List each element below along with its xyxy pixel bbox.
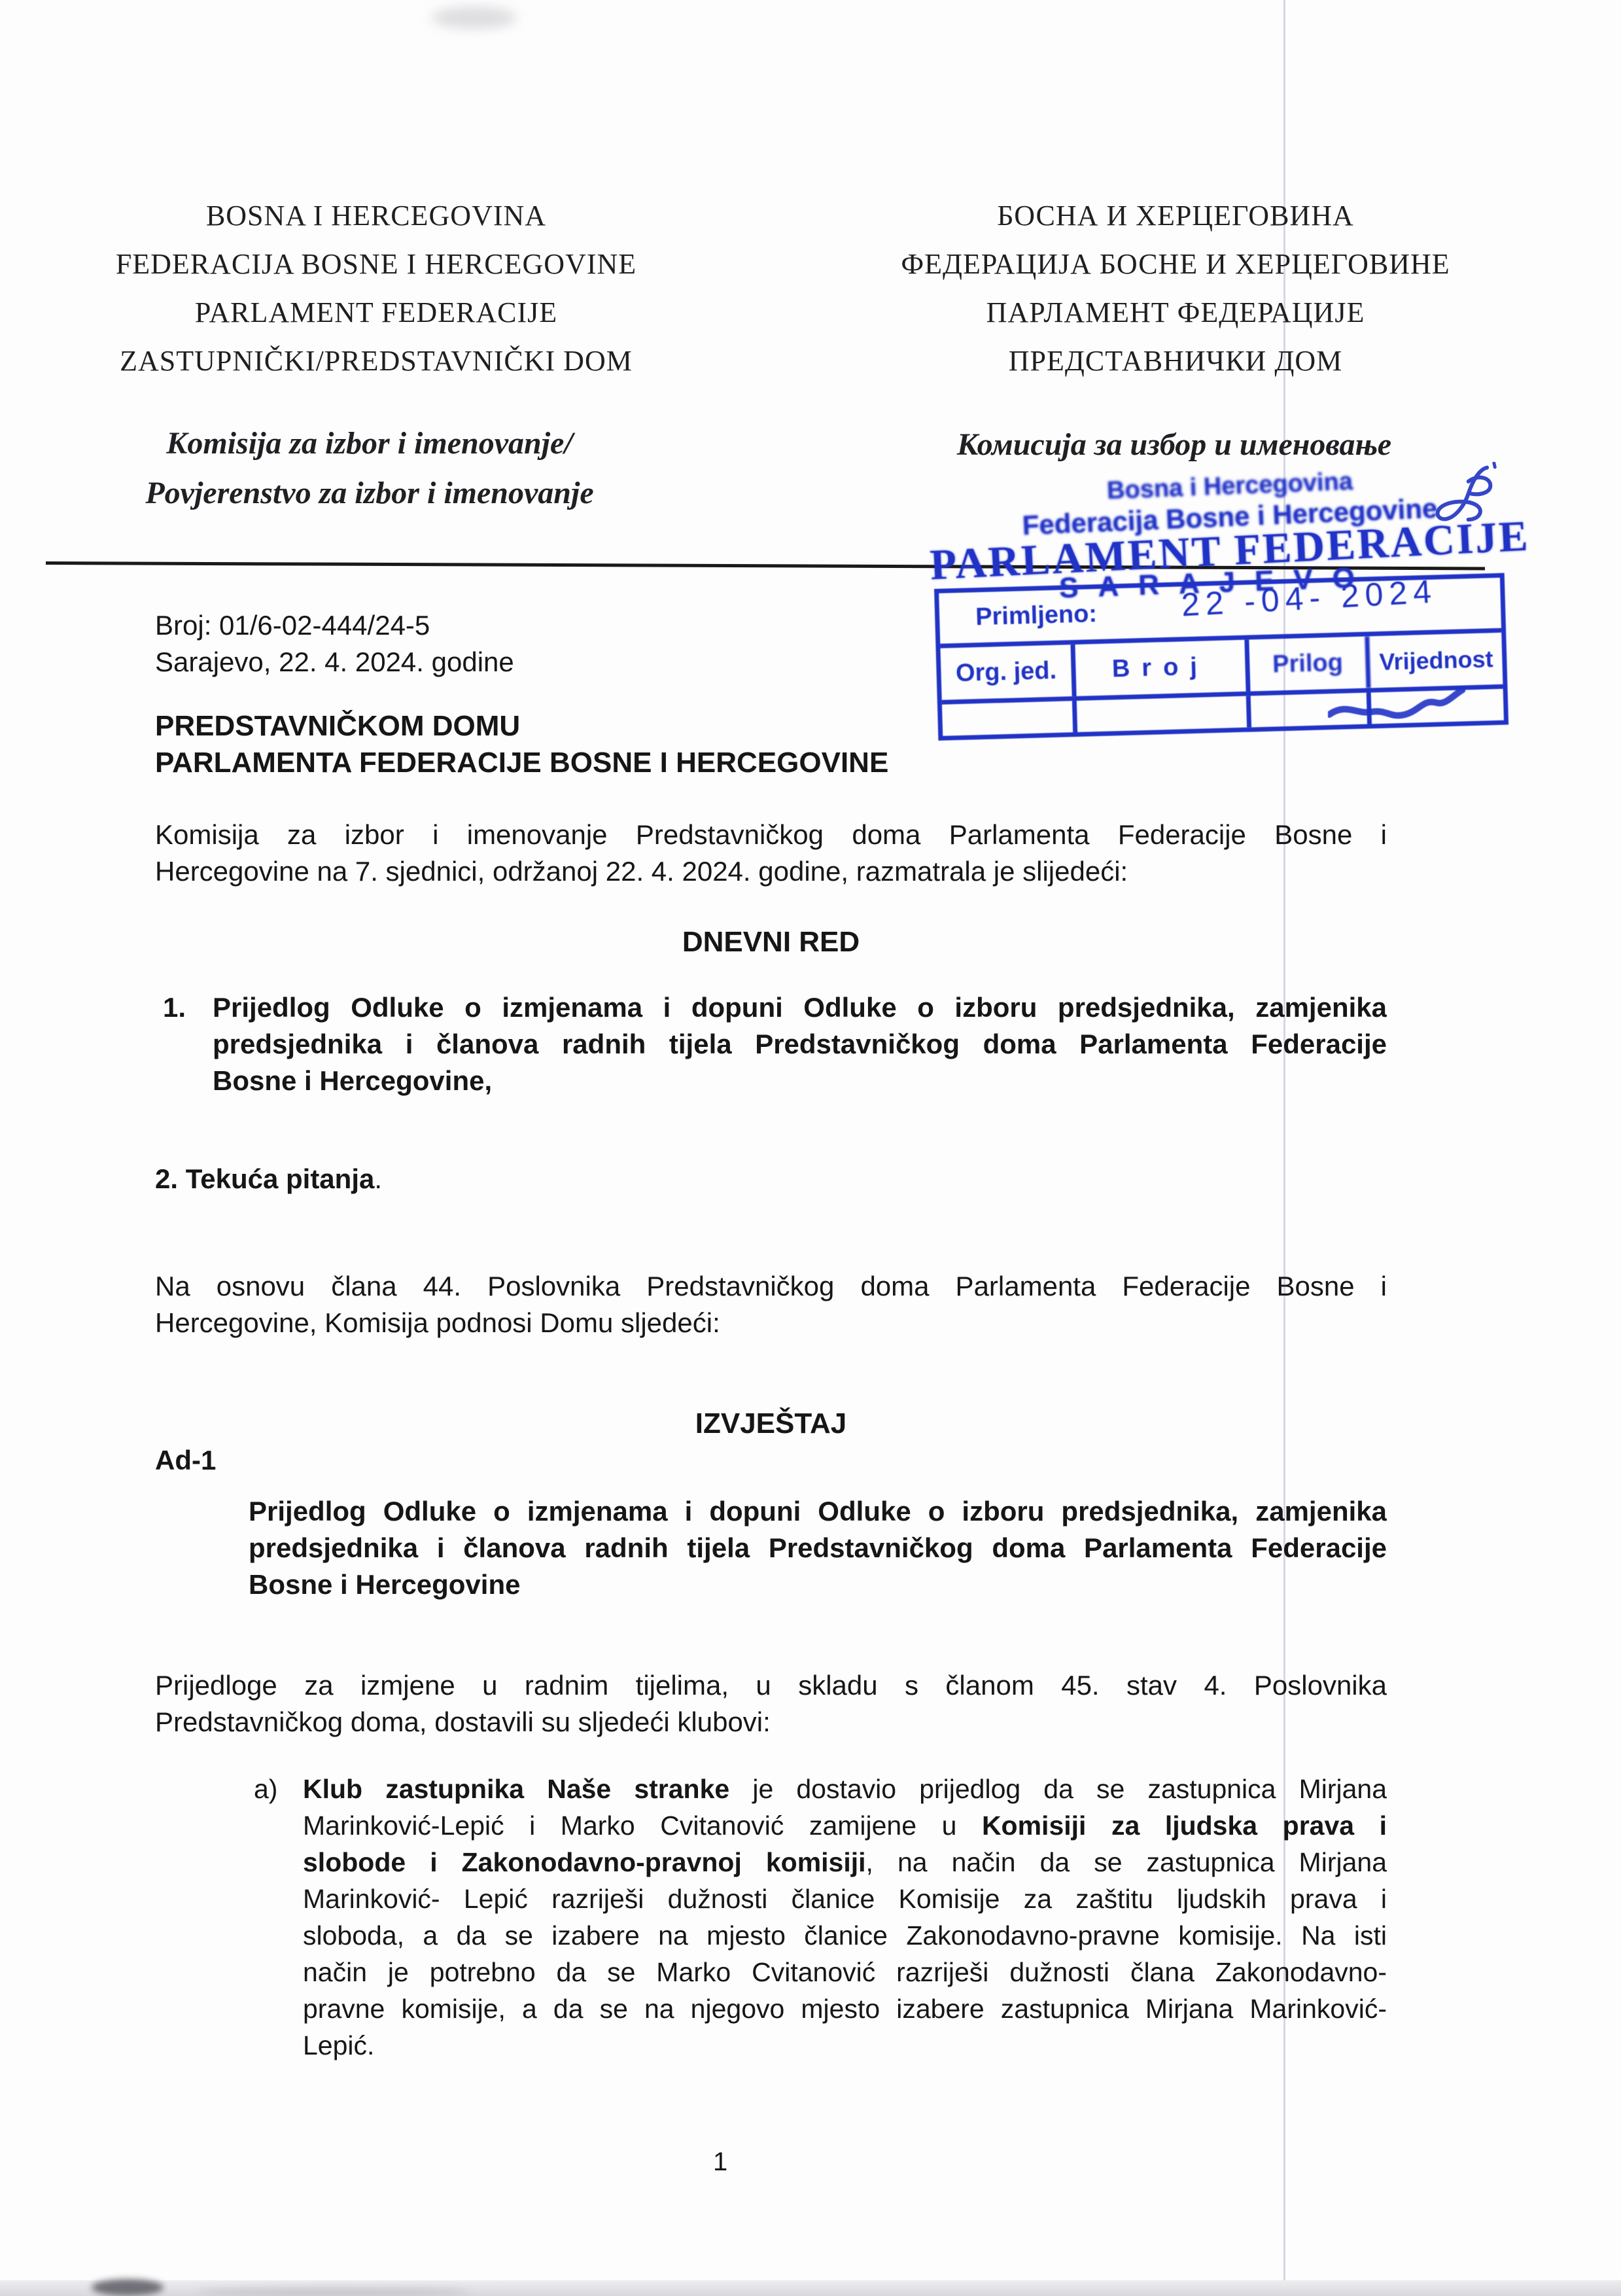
scanned-document-page: { "colors": { "stamp_blue": "#2133c6", "… [0, 0, 1621, 2296]
reference-place-date: Sarajevo, 22. 4. 2024. godine [155, 644, 875, 680]
committee-subtitle-latin: Komisija za izbor i imenovanje/ Povjeren… [65, 419, 674, 518]
club-item-line: slobode i Zakonodavno-pravnoj komisiji, … [303, 1844, 1387, 1881]
report-subject: Prijedlog Odluke o izmjenama i dopuni Od… [249, 1493, 1387, 1603]
intro-line: Hercegovine na 7. sjednici, održanoj 22.… [155, 853, 1387, 890]
club-item-line: način je potrebno da se Marko Cvitanović… [303, 1954, 1387, 1990]
club-item-line: Klub zastupnika Naše stranke je dostavio… [303, 1771, 1387, 1807]
report-subject-line: Prijedlog Odluke o izmjenama i dopuni Od… [249, 1493, 1387, 1530]
agenda-item-1-line: Bosne i Hercegovine, [213, 1063, 1387, 1099]
letterhead-cyrillic-line: ФЕДЕРАЦИЈА БОСНЕ И ХЕРЦЕГОВИНЕ [865, 240, 1486, 289]
intro-line: Komisija za izbor i imenovanje Predstavn… [155, 817, 1387, 853]
report-title: IZVJEŠTAJ [155, 1405, 1387, 1442]
agenda-item-1: Prijedlog Odluke o izmjenama i dopuni Od… [213, 989, 1387, 1099]
letterhead-cyrillic-line: ПАРЛАМЕНТ ФЕДЕРАЦИЈЕ [865, 289, 1486, 337]
stamp-column-org-jed: Org. jed. [941, 645, 1077, 700]
scan-top-smudge [432, 7, 517, 29]
stamp-received-label: Primljeno: [939, 589, 1098, 644]
stamp-column-vrijednost: Vrijednost [1370, 633, 1503, 688]
letterhead-cyrillic: БОСНА И ХЕРЦЕГОВИНА ФЕДЕРАЦИЈА БОСНЕ И Х… [865, 192, 1486, 385]
agenda-item-1-line: Prijedlog Odluke o izmjenama i dopuni Od… [213, 989, 1387, 1026]
stamp-column-prilog: Prilog [1249, 636, 1371, 691]
basis-line: Na osnovu člana 44. Poslovnika Predstavn… [155, 1268, 1387, 1305]
club-item-line: Marinković-Lepić i Marko Cvitanović zami… [303, 1807, 1387, 1844]
intro-paragraph: Komisija za izbor i imenovanje Predstavn… [155, 817, 1387, 890]
scan-bottom-band [0, 2280, 1621, 2296]
proposals-line: Prijedloge za izmjene u radnim tijelima,… [155, 1667, 1387, 1704]
club-item-line: Marinković- Lepić razriješi dužnosti čla… [303, 1881, 1387, 1917]
agenda-item-1-marker: 1. [163, 989, 186, 1026]
club-item: Klub zastupnika Naše stranke je dostavio… [303, 1771, 1387, 2064]
proposals-line: Predstavničkog doma, dostavili su sljede… [155, 1704, 1387, 1740]
letterhead-latin-line: BOSNA I HERCEGOVINA [75, 192, 677, 240]
letterhead-cyrillic-line: ПРЕДСТАВНИЧКИ ДОМ [865, 337, 1486, 385]
reference-number: Broj: 01/6-02-444/24-5 [155, 607, 875, 644]
stamp-column-broj: Broj [1075, 640, 1250, 696]
letterhead-latin-line: ZASTUPNIČKI/PREDSTAVNIČKI DOM [75, 337, 677, 385]
ad-1-label: Ad-1 [155, 1442, 216, 1479]
reference-block: Broj: 01/6-02-444/24-5 Sarajevo, 22. 4. … [155, 607, 875, 680]
club-item-line: pravne komisije, a da se na njegovo mjes… [303, 1990, 1387, 2027]
letterhead-latin-line: FEDERACIJA BOSNE I HERCEGOVINE [75, 240, 677, 289]
letterhead-latin-line: PARLAMENT FEDERACIJE [75, 289, 677, 337]
stamp-empty-cell [1077, 696, 1251, 732]
basis-line: Hercegovine, Komisija podnosi Domu sljed… [155, 1305, 1387, 1341]
report-subject-line: predsjednika i članova radnih tijela Pre… [249, 1530, 1387, 1566]
agenda-title: DNEVNI RED [155, 924, 1387, 961]
agenda-item-1-line: predsjednika i članova radnih tijela Pre… [213, 1026, 1387, 1063]
pen-initial-mark [1429, 456, 1508, 542]
letterhead-cyrillic-line: БОСНА И ХЕРЦЕГОВИНА [865, 192, 1486, 240]
basis-paragraph: Na osnovu člana 44. Poslovnika Predstavn… [155, 1268, 1387, 1341]
club-item-marker: a) [254, 1771, 277, 1807]
club-item-line: Lepić. [303, 2027, 1387, 2064]
committee-subtitle-line: Komisija za izbor i imenovanje/ [65, 419, 674, 468]
scan-bottom-smudge [92, 2279, 164, 2296]
scan-bottom-smudge-2 [196, 2288, 471, 2296]
club-item-line: sloboda, a da se izabere na mjesto člani… [303, 1917, 1387, 1954]
letterhead-latin: BOSNA I HERCEGOVINA FEDERACIJA BOSNE I H… [75, 192, 677, 385]
proposals-paragraph: Prijedloge za izmjene u radnim tijelima,… [155, 1667, 1387, 1740]
agenda-item-2-line: 2. Tekuća pitanja. [155, 1161, 940, 1197]
stamp-empty-cell [942, 701, 1077, 736]
agenda-item-2: 2. Tekuća pitanja. [155, 1161, 940, 1197]
stamp-signature-squiggle [1328, 686, 1465, 732]
committee-subtitle-line: Povjerenstvo za izbor i imenovanje [65, 468, 674, 518]
report-subject-line: Bosne i Hercegovine [249, 1566, 1387, 1603]
page-number: 1 [713, 2146, 727, 2178]
